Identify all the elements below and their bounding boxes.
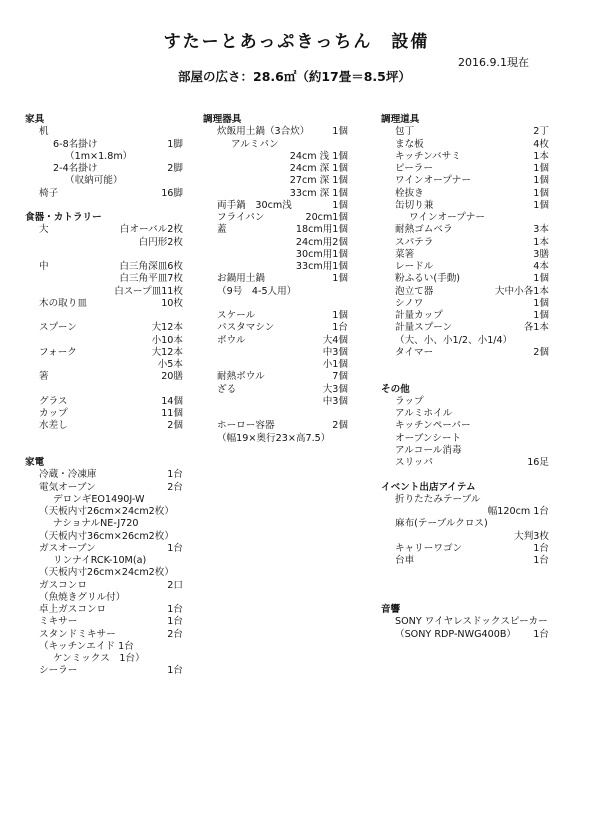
item-quantity: 16足 [527, 457, 549, 469]
item-name: 缶切り兼 [381, 200, 433, 212]
item-quantity: 大4個 [323, 335, 348, 347]
equipment-item: 白円形2枚 [25, 237, 183, 249]
spacer [381, 592, 549, 604]
item-quantity: 11個 [161, 408, 183, 420]
section-header: イベント出店アイテム [381, 482, 549, 494]
item-name: 折りたたみテーブル [381, 494, 480, 506]
item-name: ピーラー [381, 163, 433, 175]
equipment-item: 33cm用1個 [203, 261, 348, 273]
item-name: ワインオープナー [381, 212, 485, 224]
spacer [381, 469, 549, 481]
item-name: 菜箸 [381, 249, 414, 261]
item-name: タイマー [381, 347, 433, 359]
equipment-item: 2-4名掛け2脚 [25, 163, 183, 175]
column-cookware: 調理器具炊飯用土鍋（3合炊）1個アルミパン24cm 浅 1個24cm 深 1個2… [203, 114, 348, 445]
item-name: （収納可能） [25, 175, 123, 187]
section-title: 調理器具 [203, 114, 241, 126]
item-name: スケール [203, 310, 255, 322]
item-name: 台車 [381, 555, 414, 567]
item-quantity: 3本 [533, 224, 549, 236]
item-name: フォーク [25, 347, 77, 359]
item-name: 両手鍋 30cm浅 [203, 200, 292, 212]
equipment-item: ホーロー容器2個 [203, 420, 348, 432]
equipment-item: オーブンシート [381, 433, 549, 445]
item-quantity: 1個 [533, 200, 549, 212]
item-quantity: 1個 [533, 175, 549, 187]
section-header: 家電 [25, 457, 183, 469]
spacer [381, 580, 549, 592]
item-name: 計量スプーン [381, 322, 452, 334]
equipment-item: 木の取り皿10枚 [25, 298, 183, 310]
item-name: 2-4名掛け [25, 163, 97, 175]
item-quantity: 1台 [332, 322, 348, 334]
item-name: （9号 4-5人用） [203, 286, 296, 298]
item-quantity: 20cm1個 [305, 212, 348, 224]
equipment-item: 耐熱ゴムベラ3本 [381, 224, 549, 236]
item-name: 計量カップ [381, 310, 443, 322]
item-name: 6-8名掛け [25, 139, 97, 151]
spacer [203, 298, 348, 310]
equipment-item: 大判3枚 [381, 531, 549, 543]
item-quantity: 1個 [533, 273, 549, 285]
item-name: 中 [25, 261, 49, 273]
equipment-item: （魚焼きグリル付） [25, 592, 183, 604]
section-title: 音響 [381, 604, 400, 616]
item-quantity: 2丁 [533, 126, 549, 138]
item-quantity: 白オーバル2枚 [120, 224, 183, 236]
equipment-item: （収納可能） [25, 175, 183, 187]
item-quantity: 24cm 浅 1個 [290, 151, 348, 163]
item-quantity: 4枚 [533, 139, 549, 151]
item-quantity: 2個 [167, 420, 183, 432]
item-name: 麻布(テーブルクロス) [381, 518, 488, 530]
item-name: 電気オーブン [25, 482, 96, 494]
equipment-item: ワインオープナー1個 [381, 175, 549, 187]
item-quantity: 1個 [533, 310, 549, 322]
equipment-item: 麻布(テーブルクロス) [381, 518, 549, 530]
item-name: ナショナルNE-J720 [25, 518, 138, 530]
item-quantity: 1個 [332, 200, 348, 212]
item-quantity: 1個 [332, 273, 348, 285]
item-name: 耐熱ゴムベラ [381, 224, 453, 236]
item-name: （天板内寸36cm×26cm2枚） [25, 531, 174, 543]
item-quantity: 33cm 深 1個 [290, 188, 348, 200]
equipment-item: 折りたたみテーブル [381, 494, 549, 506]
item-quantity: 中3個 [323, 347, 348, 359]
equipment-item: （幅19×奥行23×高7.5） [203, 433, 348, 445]
item-name: シーラー [25, 665, 77, 677]
item-name: リンナイRCK-10M(a) [25, 555, 146, 567]
equipment-item: アルミホイル [381, 408, 549, 420]
equipment-item: スタンドミキサー2台 [25, 629, 183, 641]
equipment-item: 包丁2丁 [381, 126, 549, 138]
spacer [25, 249, 183, 261]
equipment-item: パスタマシン1台 [203, 322, 348, 334]
item-name: スパテラ [381, 237, 433, 249]
item-name: 泡立て器 [381, 286, 433, 298]
equipment-item: 箸20膳 [25, 371, 183, 383]
item-name: （魚焼きグリル付） [25, 592, 125, 604]
item-name: キッチンペーパー [381, 420, 471, 432]
item-quantity: 4本 [533, 261, 549, 273]
item-name: 蓋 [203, 224, 227, 236]
item-quantity: 1個 [332, 310, 348, 322]
equipment-item: 缶切り兼1個 [381, 200, 549, 212]
item-quantity: 1台 [167, 604, 183, 616]
item-name: 大 [25, 224, 49, 236]
item-name: レードル [381, 261, 433, 273]
spacer [25, 310, 183, 322]
equipment-item: 冷蔵・冷凍庫1台 [25, 469, 183, 481]
item-quantity: 2個 [533, 347, 549, 359]
equipment-item: 椅子16脚 [25, 188, 183, 200]
equipment-item: 蓋18cm用1個 [203, 224, 348, 236]
item-quantity: 2台 [167, 482, 183, 494]
equipment-item: 24cm 浅 1個 [203, 151, 348, 163]
item-quantity: 1脚 [167, 139, 183, 151]
equipment-item: 泡立て器大中小各1本 [381, 286, 549, 298]
item-name: キッチンバサミ [381, 151, 461, 163]
item-name: パスタマシン [203, 322, 274, 334]
as-of-date: 2016.9.1現在 [458, 54, 529, 70]
item-quantity: 3膳 [533, 249, 549, 261]
section-header: 音響 [381, 604, 549, 616]
equipment-item: デロンギEO1490J-W [25, 494, 183, 506]
spacer [25, 384, 183, 396]
equipment-item: 幅120cm 1台 [381, 506, 549, 518]
item-quantity: 14個 [161, 396, 183, 408]
item-quantity: 1台 [167, 543, 183, 555]
equipment-item: 6-8名掛け1脚 [25, 139, 183, 151]
page-title: すたーとあっぷきっちん 設備 [0, 27, 593, 52]
equipment-item: 炊飯用土鍋（3合炊）1個 [203, 126, 348, 138]
spacer [381, 567, 549, 579]
item-name: （天板内寸26cm×24cm2枚） [25, 567, 174, 579]
equipment-item: 白三角平皿7枚 [25, 273, 183, 285]
section-header: 家具 [25, 114, 183, 126]
item-quantity: 1個 [533, 298, 549, 310]
item-name: 机 [25, 126, 49, 138]
column-utensils-other: 調理道具包丁2丁まな板4枚キッチンバサミ1本ピーラー1個ワインオープナー1個栓抜… [381, 114, 549, 641]
item-quantity: 24cm用2個 [296, 237, 348, 249]
equipment-item: 粉ふるい(手動)1個 [381, 273, 549, 285]
item-quantity: 27cm 深 1個 [290, 175, 348, 187]
column-furniture-tableware-appliances: 家具机6-8名掛け1脚（1m×1.8m）2-4名掛け2脚（収納可能）椅子16脚食… [25, 114, 183, 678]
equipment-item: 卓上ガスコンロ1台 [25, 604, 183, 616]
equipment-item: キッチンペーパー [381, 420, 549, 432]
item-name: 栓抜き [381, 188, 424, 200]
item-quantity: 1個 [533, 163, 549, 175]
item-name: （幅19×奥行23×高7.5） [203, 433, 330, 445]
section-title: 食器・カトラリー [25, 212, 102, 224]
item-quantity: 白円形2枚 [139, 237, 183, 249]
equipment-item: ラップ [381, 396, 549, 408]
item-name: ホーロー容器 [203, 420, 275, 432]
equipment-item: 小10本 [25, 335, 183, 347]
item-name: ラップ [381, 396, 424, 408]
equipment-item: （SONY RDP-NWG400B）1台 [381, 629, 549, 641]
item-name: キャリーワゴン [381, 543, 462, 555]
equipment-item: （1m×1.8m） [25, 151, 183, 163]
equipment-item: 電気オーブン2台 [25, 482, 183, 494]
item-name: 椅子 [25, 188, 58, 200]
item-quantity: 2脚 [167, 163, 183, 175]
section-title: 家具 [25, 114, 44, 126]
item-name: 冷蔵・冷凍庫 [25, 469, 97, 481]
equipment-item: 台車1台 [381, 555, 549, 567]
item-quantity: 1台 [533, 629, 549, 641]
equipment-item: アルコール消毒 [381, 445, 549, 457]
equipment-item: タイマー2個 [381, 347, 549, 359]
equipment-item: キャリーワゴン1台 [381, 543, 549, 555]
equipment-item: ケンミックス 1台） [25, 653, 183, 665]
equipment-item: 栓抜き1個 [381, 188, 549, 200]
item-name: グラス [25, 396, 68, 408]
equipment-item: 白スープ皿11枚 [25, 286, 183, 298]
item-name: アルコール消毒 [381, 445, 462, 457]
room-size: 部屋の広さ：28.6㎡（約17畳＝8.5坪） [178, 67, 411, 85]
equipment-item: （大、小、小1/2、小1/4） [381, 335, 549, 347]
item-quantity: 16脚 [161, 188, 183, 200]
item-quantity: 大12本 [152, 322, 183, 334]
spacer [203, 408, 348, 420]
item-quantity: 18cm用1個 [296, 224, 348, 236]
item-name: シノワ [381, 298, 423, 310]
equipment-item: グラス14個 [25, 396, 183, 408]
equipment-item: 計量スプーン各1本 [381, 322, 549, 334]
item-name: お鍋用土鍋 [203, 273, 265, 285]
item-name: ミキサー [25, 616, 77, 628]
equipment-item: ナショナルNE-J720 [25, 518, 183, 530]
equipment-item: まな板4枚 [381, 139, 549, 151]
item-name: （天板内寸26cm×24cm2枚） [25, 506, 174, 518]
equipment-item: ワインオープナー [381, 212, 549, 224]
equipment-item: フォーク大12本 [25, 347, 183, 359]
equipment-item: 中白三角深皿6枚 [25, 261, 183, 273]
equipment-item: ボウル大4個 [203, 335, 348, 347]
item-quantity: 24cm 深 1個 [290, 163, 348, 175]
equipment-item: フライパン20cm1個 [203, 212, 348, 224]
item-quantity: 1台 [167, 616, 183, 628]
item-quantity: 小1個 [323, 359, 348, 371]
item-name: 炊飯用土鍋（3合炊） [203, 126, 309, 138]
item-name: ざる [203, 384, 236, 396]
item-quantity: 白三角深皿6枚 [119, 261, 183, 273]
item-quantity: 1台 [167, 665, 183, 677]
item-name: ケンミックス 1台） [25, 653, 145, 665]
equipment-item: 中3個 [203, 396, 348, 408]
equipment-item: 中3個 [203, 347, 348, 359]
section-header: 食器・カトラリー [25, 212, 183, 224]
equipment-item: 水差し2個 [25, 420, 183, 432]
item-name: ガスコンロ [25, 580, 87, 592]
item-quantity: 幅120cm 1台 [488, 506, 549, 518]
item-name: 水差し [25, 420, 68, 432]
item-name: デロンギEO1490J-W [25, 494, 144, 506]
item-quantity: 白スープ皿11枚 [114, 286, 183, 298]
item-quantity: 20膳 [161, 371, 183, 383]
item-quantity: 1台 [533, 555, 549, 567]
equipment-item: ピーラー1個 [381, 163, 549, 175]
item-name: アルミホイル [381, 408, 452, 420]
item-name: 耐熱ボウル [203, 371, 265, 383]
item-quantity: 1本 [533, 237, 549, 249]
item-name: ガスオーブン [25, 543, 96, 555]
item-name: スタンドミキサー [25, 629, 116, 641]
item-name: オーブンシート [381, 433, 461, 445]
item-quantity: 1本 [533, 151, 549, 163]
section-title: その他 [381, 384, 410, 396]
equipment-item: リンナイRCK-10M(a) [25, 555, 183, 567]
item-quantity: 大中小各1本 [495, 286, 549, 298]
equipment-item: （天板内寸26cm×24cm2枚） [25, 567, 183, 579]
spacer [381, 371, 549, 383]
item-quantity: 大判3枚 [514, 531, 549, 543]
item-quantity: 33cm用1個 [296, 261, 348, 273]
item-name: （SONY RDP-NWG400B） [381, 629, 516, 641]
equipment-item: 30cm用1個 [203, 249, 348, 261]
equipment-item: スパテラ1本 [381, 237, 549, 249]
item-quantity: 大12本 [152, 347, 183, 359]
item-name: カップ [25, 408, 68, 420]
spacer [25, 445, 183, 457]
equipment-item: ミキサー1台 [25, 616, 183, 628]
equipment-item: （9号 4-5人用） [203, 286, 348, 298]
item-name: 箸 [25, 371, 49, 383]
item-name: スリッパ [381, 457, 433, 469]
item-quantity: 小10本 [152, 335, 183, 347]
item-quantity: 1台 [167, 469, 183, 481]
equipment-item: 耐熱ボウル7個 [203, 371, 348, 383]
equipment-item: お鍋用土鍋1個 [203, 273, 348, 285]
item-name: 卓上ガスコンロ [25, 604, 106, 616]
item-quantity: 白三角平皿7枚 [119, 273, 183, 285]
equipment-item: 小5本 [25, 359, 183, 371]
spacer [25, 200, 183, 212]
equipment-item: 24cm用2個 [203, 237, 348, 249]
equipment-item: ざる大3個 [203, 384, 348, 396]
item-quantity: 7個 [332, 371, 348, 383]
equipment-item: （天板内寸36cm×26cm2枚） [25, 531, 183, 543]
equipment-item: SONY ワイヤレスドックスピーカー [381, 616, 549, 628]
equipment-item: 計量カップ1個 [381, 310, 549, 322]
equipment-item: 机 [25, 126, 183, 138]
equipment-item: シノワ1個 [381, 298, 549, 310]
item-quantity: 小5本 [158, 359, 183, 371]
equipment-item: カップ11個 [25, 408, 183, 420]
item-name: （キッチンエイド 1台 [25, 641, 134, 653]
item-quantity: 30cm用1個 [296, 249, 348, 261]
equipment-item: （天板内寸26cm×24cm2枚） [25, 506, 183, 518]
section-title: イベント出店アイテム [381, 482, 476, 494]
equipment-item: シーラー1台 [25, 665, 183, 677]
equipment-item: 菜箸3膳 [381, 249, 549, 261]
item-name: ボウル [203, 335, 246, 347]
section-header: 調理器具 [203, 114, 348, 126]
item-name: スプーン [25, 322, 77, 334]
item-quantity: 2台 [167, 629, 183, 641]
item-name: 包丁 [381, 126, 414, 138]
equipment-item: 33cm 深 1個 [203, 188, 348, 200]
equipment-item: レードル4本 [381, 261, 549, 273]
equipment-item: 小1個 [203, 359, 348, 371]
item-name: フライパン [203, 212, 265, 224]
section-header: その他 [381, 384, 549, 396]
item-name: （大、小、小1/2、小1/4） [381, 335, 512, 347]
item-name: SONY ワイヤレスドックスピーカー [381, 616, 548, 628]
item-name: （1m×1.8m） [25, 151, 132, 163]
section-header: 調理道具 [381, 114, 549, 126]
item-quantity: 10枚 [161, 298, 183, 310]
item-name: まな板 [381, 139, 424, 151]
equipment-item: キッチンバサミ1本 [381, 151, 549, 163]
spacer [381, 359, 549, 371]
equipment-item: スプーン大12本 [25, 322, 183, 334]
equipment-item: 両手鍋 30cm浅1個 [203, 200, 348, 212]
equipment-item: アルミパン [203, 139, 348, 151]
item-quantity: 2個 [332, 420, 348, 432]
item-quantity: 中3個 [323, 396, 348, 408]
equipment-item: 27cm 深 1個 [203, 175, 348, 187]
item-quantity: 1台 [533, 543, 549, 555]
item-quantity: 2口 [167, 580, 183, 592]
item-name: 木の取り皿 [25, 298, 87, 310]
item-name: 粉ふるい(手動) [381, 273, 460, 285]
section-title: 家電 [25, 457, 44, 469]
item-quantity: 各1本 [524, 322, 549, 334]
equipment-item: スケール1個 [203, 310, 348, 322]
item-quantity: 1個 [533, 188, 549, 200]
equipment-item: 大白オーバル2枚 [25, 224, 183, 236]
equipment-item: スリッパ16足 [381, 457, 549, 469]
equipment-item: ガスオーブン1台 [25, 543, 183, 555]
equipment-item: （キッチンエイド 1台 [25, 641, 183, 653]
item-name: ワインオープナー [381, 175, 471, 187]
item-name: アルミパン [203, 139, 279, 151]
item-quantity: 1個 [332, 126, 348, 138]
item-quantity: 大3個 [323, 384, 348, 396]
equipment-item: ガスコンロ2口 [25, 580, 183, 592]
section-title: 調理道具 [381, 114, 419, 126]
equipment-item: 24cm 深 1個 [203, 163, 348, 175]
spacer [25, 433, 183, 445]
